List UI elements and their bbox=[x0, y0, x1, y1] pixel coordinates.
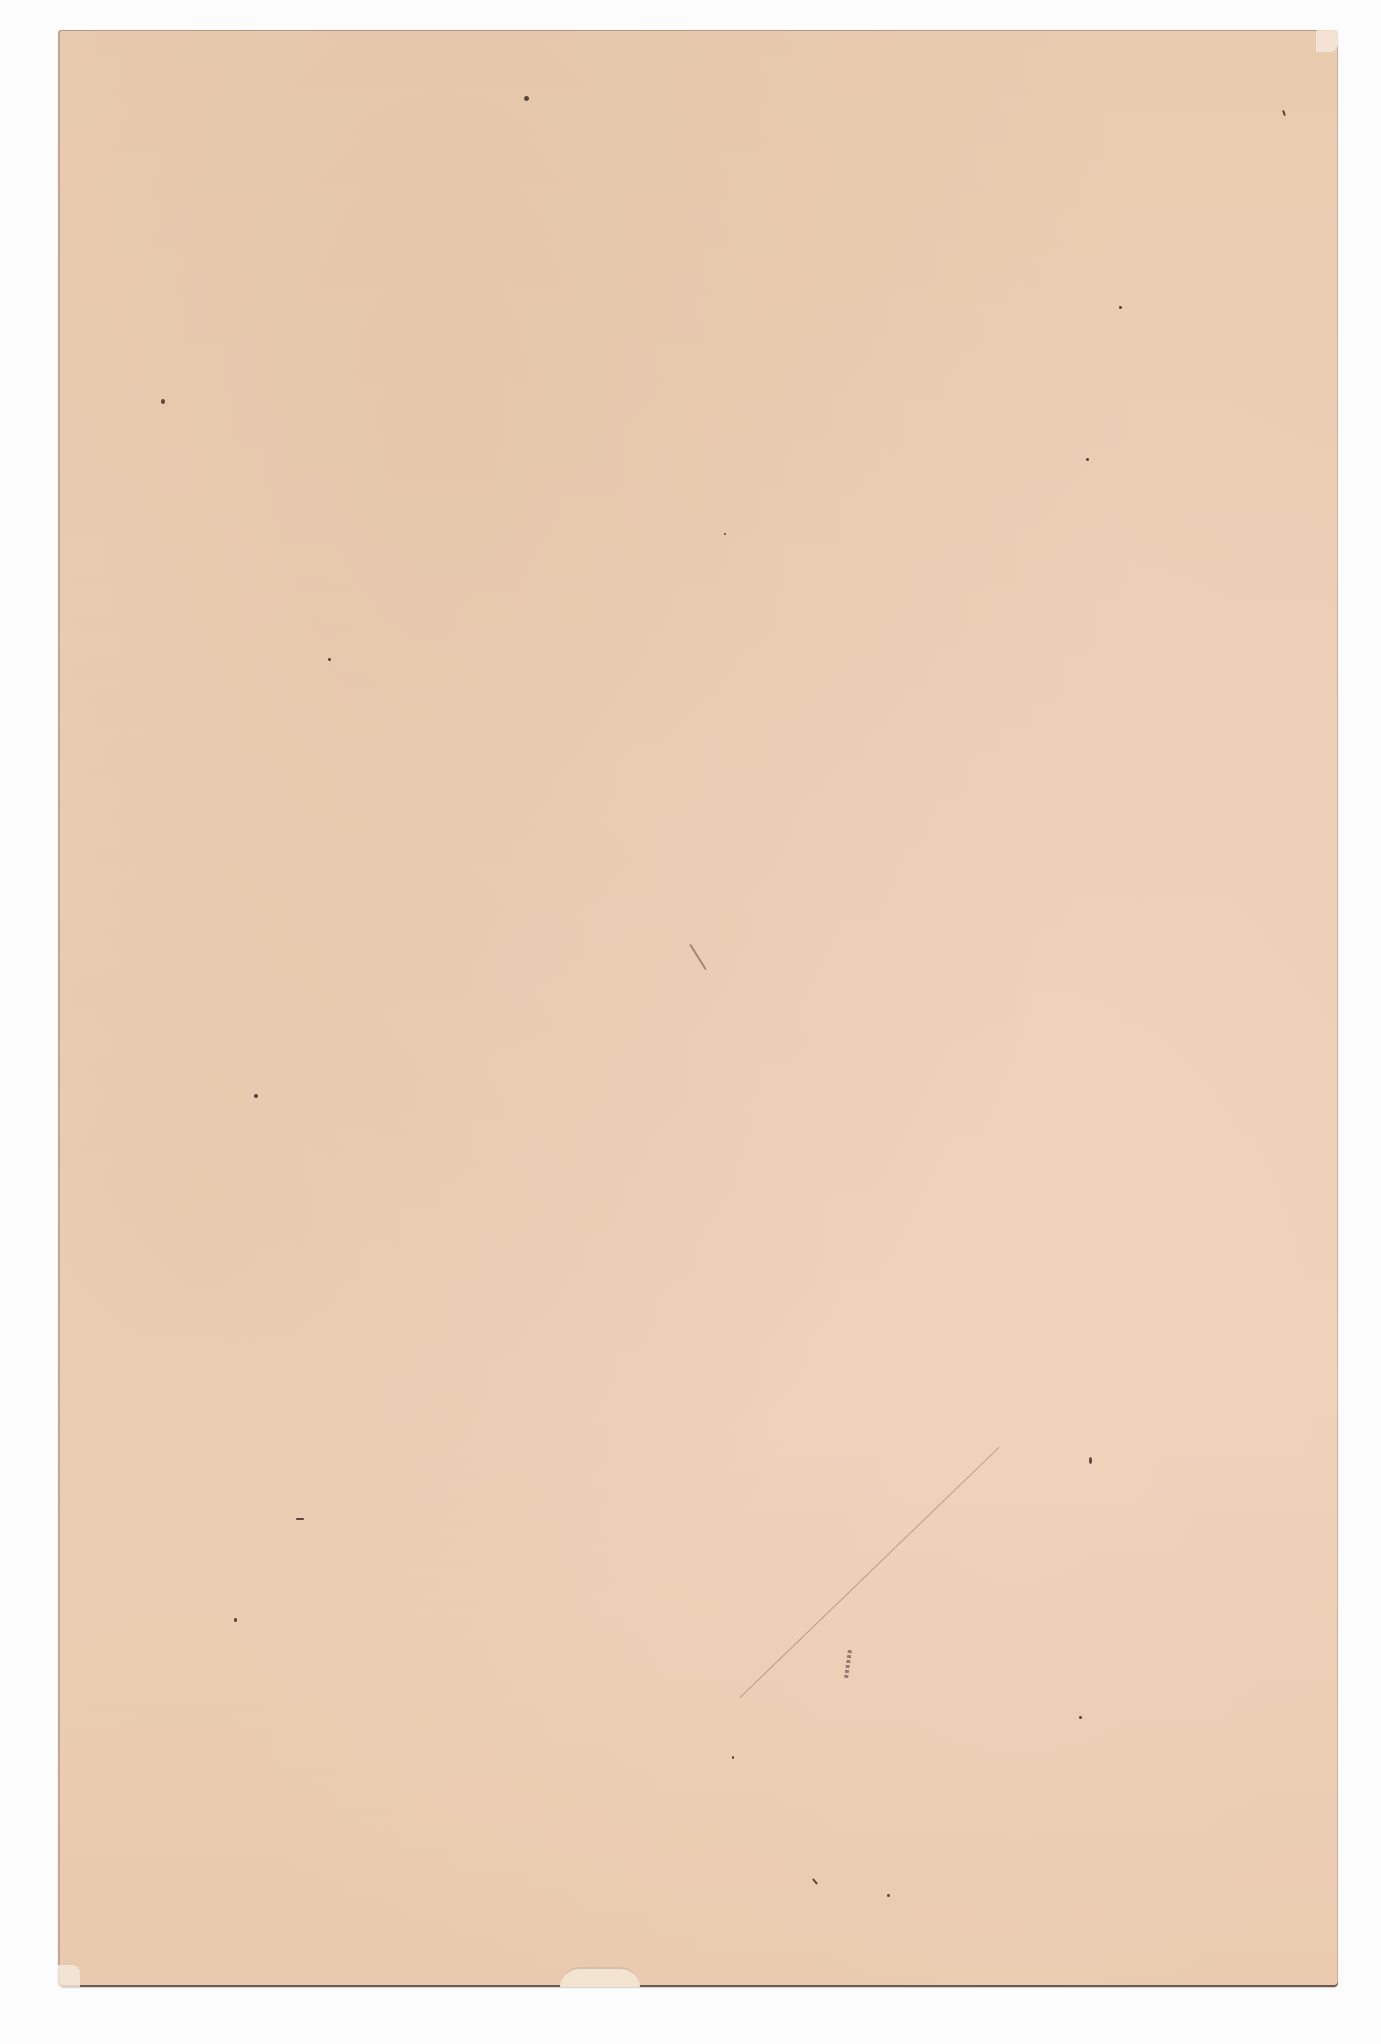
speck bbox=[1119, 306, 1122, 309]
speck bbox=[887, 1894, 890, 1897]
corner-wear-bottom-left bbox=[58, 1965, 80, 1987]
edge-tear bbox=[560, 1967, 640, 1987]
speck bbox=[328, 658, 331, 661]
speck bbox=[1282, 110, 1286, 116]
scan-background bbox=[0, 0, 1381, 2044]
speck bbox=[296, 1518, 304, 1520]
speck bbox=[234, 1618, 237, 1622]
pencil-smudge bbox=[844, 1650, 852, 1678]
speck bbox=[689, 944, 707, 971]
diagonal-scratch bbox=[740, 1447, 1000, 1698]
speck bbox=[724, 533, 726, 535]
corner-wear-top-right bbox=[1316, 30, 1338, 52]
speck bbox=[1086, 458, 1089, 461]
speck bbox=[732, 1756, 734, 1759]
speck bbox=[1079, 1716, 1082, 1719]
speck bbox=[254, 1094, 258, 1098]
blank-card bbox=[58, 30, 1338, 1987]
speck bbox=[1089, 1457, 1092, 1464]
speck bbox=[161, 399, 165, 404]
speck bbox=[812, 1878, 818, 1885]
speck bbox=[524, 96, 529, 101]
